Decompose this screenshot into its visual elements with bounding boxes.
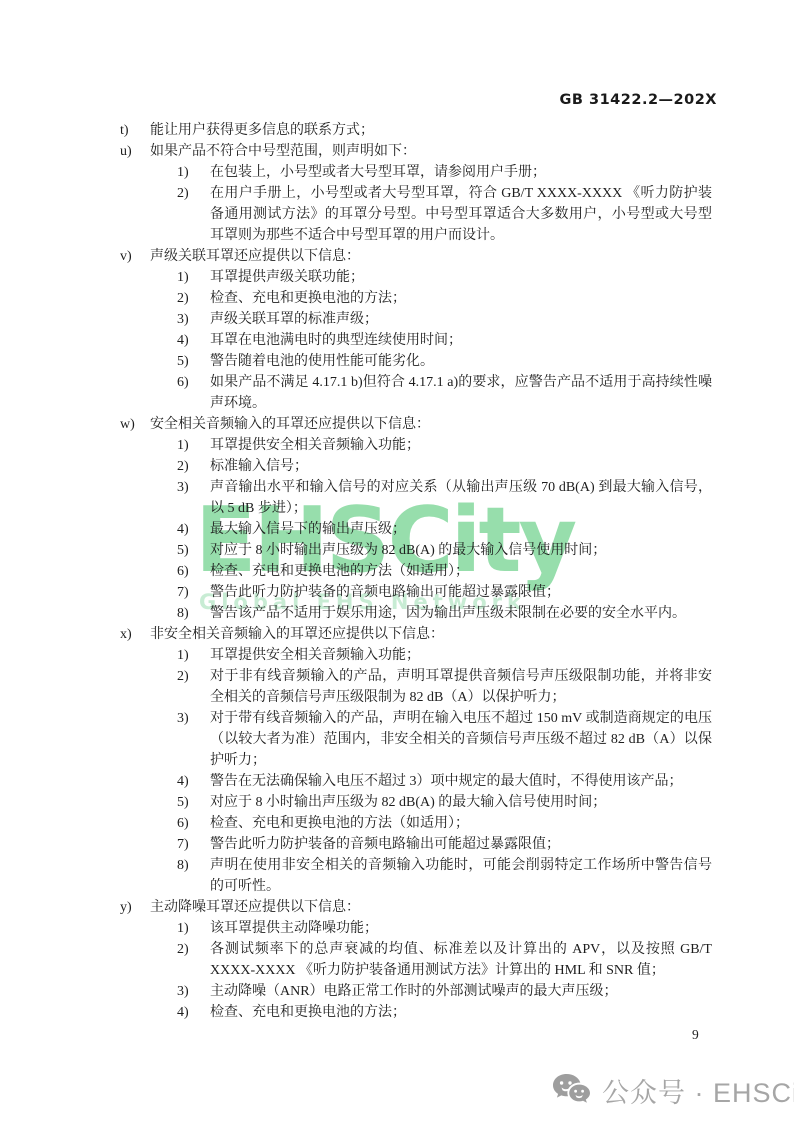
subitem-label: 1) [177,162,210,183]
subitem-text: 耳罩提供声级关联功能； [210,267,712,288]
subitem-label: 2) [177,939,210,960]
clause-text: 声级关联耳罩还应提供以下信息： [150,246,712,267]
subitem-text: 警告该产品不适用于娱乐用途，因为输出声压级未限制在必要的安全水平内。 [210,603,712,624]
footer-watermark: 公众号 · EHSCity [552,1070,794,1110]
subitem-label: 6) [177,813,210,834]
subitem-text: 在用户手册上，小号型或者大号型耳罩，符合 GB/T XXXX-XXXX 《听力防… [210,183,712,246]
subitem-label: 8) [177,855,210,876]
clause-label: w) [120,414,150,435]
clause-subitem: 5)对应于 8 小时输出声压级为 82 dB(A) 的最大输入信号使用时间； [177,540,712,561]
clause-label: x) [120,624,150,645]
clause-subitem: 2)在用户手册上，小号型或者大号型耳罩，符合 GB/T XXXX-XXXX 《听… [177,183,712,246]
subitem-text: 各测试频率下的总声衰减的均值、标准差以及计算出的 APV，以及按照 GB/T X… [210,939,712,981]
subitem-label: 6) [177,561,210,582]
subitem-text: 最大输入信号下的输出声压级； [210,519,712,540]
clause-label: y) [120,897,150,918]
clause-text: 安全相关音频输入的耳罩还应提供以下信息： [150,414,712,435]
clause-subitem: 4)检查、充电和更换电池的方法； [177,1002,712,1023]
clause-subitem: 4)最大输入信号下的输出声压级； [177,519,712,540]
subitem-label: 5) [177,351,210,372]
subitem-text: 对应于 8 小时输出声压级为 82 dB(A) 的最大输入信号使用时间； [210,792,712,813]
clause-subitem: 3)主动降噪（ANR）电路正常工作时的外部测试噪声的最大声压级； [177,981,712,1002]
clause-subitem: 5)警告随着电池的使用性能可能劣化。 [177,351,712,372]
subitem-label: 2) [177,288,210,309]
subitem-text: 主动降噪（ANR）电路正常工作时的外部测试噪声的最大声压级； [210,981,712,1002]
subitem-text: 如果产品不满足 4.17.1 b)但符合 4.17.1 a)的要求，应警告产品不… [210,372,712,414]
subitem-label: 8) [177,603,210,624]
subitem-text: 检查、充电和更换电池的方法； [210,1002,712,1023]
subitem-label: 1) [177,645,210,666]
subitem-text: 对于非有线音频输入的产品，声明耳罩提供音频信号声压级限制功能，并将非安全相关的音… [210,666,712,708]
subitem-label: 3) [177,981,210,1002]
clause-item: u)如果产品不符合中号型范围，则声明如下： [120,141,712,162]
subitem-label: 4) [177,330,210,351]
clause-subitem: 2)对于非有线音频输入的产品，声明耳罩提供音频信号声压级限制功能，并将非安全相关… [177,666,712,708]
subitem-text: 声音输出水平和输入信号的对应关系（从输出声压级 70 dB(A) 到最大输入信号… [210,477,712,519]
clause-label: v) [120,246,150,267]
clause-subitem: 1)在包装上，小号型或者大号型耳罩，请参阅用户手册； [177,162,712,183]
subitem-label: 1) [177,435,210,456]
subitem-text: 警告随着电池的使用性能可能劣化。 [210,351,712,372]
clause-text: 主动降噪耳罩还应提供以下信息： [150,897,712,918]
clause-subitem: 8)警告该产品不适用于娱乐用途，因为输出声压级未限制在必要的安全水平内。 [177,603,712,624]
clause-subitem: 1)耳罩提供安全相关音频输入功能； [177,645,712,666]
subitem-label: 6) [177,372,210,393]
clause-text: 非安全相关音频输入的耳罩还应提供以下信息： [150,624,712,645]
clause-subitem: 3)声音输出水平和输入信号的对应关系（从输出声压级 70 dB(A) 到最大输入… [177,477,712,519]
clause-subitem: 1)耳罩提供声级关联功能； [177,267,712,288]
subitem-label: 3) [177,309,210,330]
clause-subitem: 3)对于带有线音频输入的产品，声明在输入电压不超过 150 mV 或制造商规定的… [177,708,712,771]
subitem-label: 3) [177,708,210,729]
subitem-label: 4) [177,519,210,540]
subitem-label: 5) [177,792,210,813]
document-page: GB 31422.2—202X EHSCity Global EHS Netwo… [0,0,794,1123]
clause-subitem: 6)如果产品不满足 4.17.1 b)但符合 4.17.1 a)的要求，应警告产… [177,372,712,414]
clause-subitem: 7)警告此听力防护装备的音频电路输出可能超过暴露限值； [177,582,712,603]
subitem-text: 警告此听力防护装备的音频电路输出可能超过暴露限值； [210,582,712,603]
subitem-text: 标准输入信号； [210,456,712,477]
subitem-label: 5) [177,540,210,561]
subitem-label: 1) [177,918,210,939]
subitem-label: 7) [177,582,210,603]
subitem-text: 耳罩提供安全相关音频输入功能； [210,435,712,456]
wechat-account-label: 公众号 · EHSCity [602,1071,794,1110]
subitem-label: 7) [177,834,210,855]
wechat-icon [552,1072,592,1108]
clause-subitem: 5)对应于 8 小时输出声压级为 82 dB(A) 的最大输入信号使用时间； [177,792,712,813]
clause-label: t) [120,120,150,141]
subitem-label: 2) [177,666,210,687]
clause-subitem: 2)各测试频率下的总声衰减的均值、标准差以及计算出的 APV，以及按照 GB/T… [177,939,712,981]
subitem-text: 在包装上，小号型或者大号型耳罩，请参阅用户手册； [210,162,712,183]
clause-item: t)能让用户获得更多信息的联系方式； [120,120,712,141]
clause-subitem: 6)检查、充电和更换电池的方法（如适用）； [177,813,712,834]
subitem-text: 对于带有线音频输入的产品，声明在输入电压不超过 150 mV 或制造商规定的电压… [210,708,712,771]
subitem-label: 1) [177,267,210,288]
subitem-label: 2) [177,183,210,204]
clause-subitem: 4)耳罩在电池满电时的典型连续使用时间； [177,330,712,351]
subitem-text: 检查、充电和更换电池的方法（如适用）； [210,561,712,582]
clause-subitem: 4)警告在无法确保输入电压不超过 3）项中规定的最大值时，不得使用该产品； [177,771,712,792]
clause-subitem: 1)该耳罩提供主动降噪功能； [177,918,712,939]
subitem-text: 警告在无法确保输入电压不超过 3）项中规定的最大值时，不得使用该产品； [210,771,712,792]
subitem-text: 耳罩提供安全相关音频输入功能； [210,645,712,666]
clause-subitem: 7)警告此听力防护装备的音频电路输出可能超过暴露限值； [177,834,712,855]
clause-item: w)安全相关音频输入的耳罩还应提供以下信息： [120,414,712,435]
clause-subitem: 1)耳罩提供安全相关音频输入功能； [177,435,712,456]
subitem-text: 检查、充电和更换电池的方法（如适用）； [210,813,712,834]
subitem-label: 4) [177,1002,210,1023]
subitem-text: 警告此听力防护装备的音频电路输出可能超过暴露限值； [210,834,712,855]
page-number: 9 [692,1027,699,1043]
subitem-label: 3) [177,477,210,498]
subitem-text: 声明在使用非安全相关的音频输入功能时，可能会削弱特定工作场所中警告信号的可听性。 [210,855,712,897]
clause-subitem: 2)检查、充电和更换电池的方法； [177,288,712,309]
subitem-text: 耳罩在电池满电时的典型连续使用时间； [210,330,712,351]
clause-subitem: 6)检查、充电和更换电池的方法（如适用）； [177,561,712,582]
subitem-label: 2) [177,456,210,477]
subitem-text: 该耳罩提供主动降噪功能； [210,918,712,939]
clause-subitem: 3)声级关联耳罩的标准声级； [177,309,712,330]
clause-text: 如果产品不符合中号型范围，则声明如下： [150,141,712,162]
subitem-text: 检查、充电和更换电池的方法； [210,288,712,309]
subitem-label: 4) [177,771,210,792]
clause-list: t)能让用户获得更多信息的联系方式；u)如果产品不符合中号型范围，则声明如下：1… [120,120,712,1023]
subitem-text: 声级关联耳罩的标准声级； [210,309,712,330]
clause-label: u) [120,141,150,162]
clause-subitem: 2)标准输入信号； [177,456,712,477]
clause-subitem: 8)声明在使用非安全相关的音频输入功能时，可能会削弱特定工作场所中警告信号的可听… [177,855,712,897]
subitem-text: 对应于 8 小时输出声压级为 82 dB(A) 的最大输入信号使用时间； [210,540,712,561]
clause-item: x)非安全相关音频输入的耳罩还应提供以下信息： [120,624,712,645]
clause-item: y)主动降噪耳罩还应提供以下信息： [120,897,712,918]
clause-item: v)声级关联耳罩还应提供以下信息： [120,246,712,267]
doc-code: GB 31422.2—202X [560,92,718,108]
clause-text: 能让用户获得更多信息的联系方式； [150,120,712,141]
